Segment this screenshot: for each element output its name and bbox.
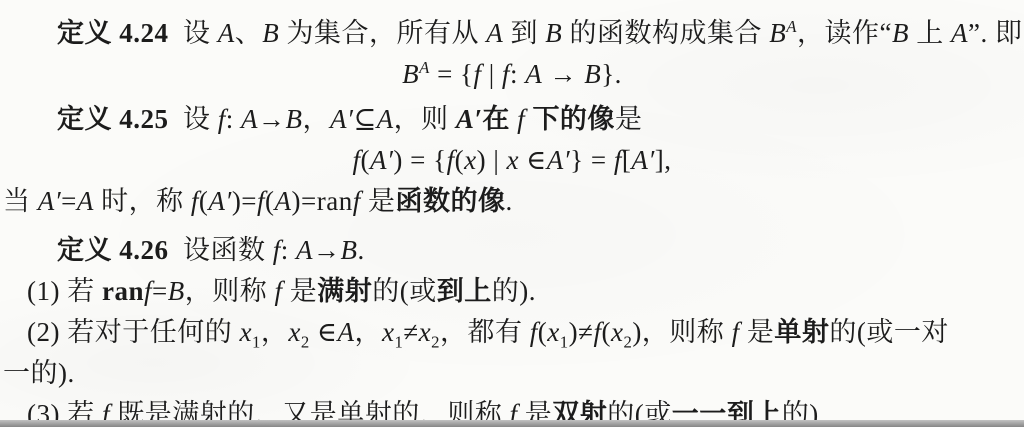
text-run-b: 在 [482, 104, 517, 134]
text-run-i: B [584, 59, 601, 89]
text-run: )≠ [569, 317, 594, 347]
text-run-sub: 1 [394, 332, 403, 351]
text-run-i: f [447, 145, 455, 175]
text-run-b: 满射 [317, 276, 372, 306]
text-run-i: A [77, 186, 94, 216]
text-run-i: A′ [631, 145, 654, 175]
text-run-i: x [419, 317, 431, 347]
text-run-i-sup: A [419, 58, 430, 77]
text-run: ，则称 [185, 276, 275, 306]
text-run: = { [430, 59, 474, 89]
text-run: ) | [477, 145, 507, 175]
text-run: )= [232, 186, 257, 216]
text-run: 到 [503, 18, 545, 48]
text-run: [ [622, 145, 632, 175]
text-run: ( [455, 145, 465, 175]
text-run: 的(或 [372, 276, 437, 306]
text-run: )=ran [292, 186, 353, 216]
text-run: 时，称 [94, 186, 191, 216]
text-run: ( [265, 186, 275, 216]
definition-4-24-line: 定义 4.24 设 A、B 为集合，所有从 A 到 B 的函数构成集合 BA，读… [0, 13, 1024, 54]
text-run-i: x [288, 317, 300, 347]
item-2-injective-line: (2) 若对于任何的 x1，x2 ∈A，x1≠x2，都有 f(x1)≠f(x2)… [0, 312, 1024, 353]
text-run-i: A [241, 104, 258, 134]
text-run-i: f [474, 59, 482, 89]
text-run-i: A′ [547, 145, 570, 175]
text-run-i: B [262, 18, 279, 48]
text-run-b: 函数的像 [396, 186, 506, 216]
scanned-textbook-page: 定义 4.24 设 A、B 为集合，所有从 A 到 B 的函数构成集合 BA，读… [0, 0, 1024, 427]
text-run-i: B [545, 18, 562, 48]
text-run: ) = { [393, 145, 446, 175]
text-run-sub: 2 [301, 332, 310, 351]
text-run-i: f [218, 104, 226, 134]
text-run-i: f [144, 276, 152, 306]
text-run-i: f [517, 104, 525, 134]
text-run: : [226, 104, 241, 134]
text-run-i: x [464, 145, 476, 175]
text-run: ( [538, 317, 548, 347]
text-run-i: f [530, 317, 538, 347]
text-run-i: A′ [38, 186, 61, 216]
text-run: → [313, 235, 341, 265]
text-run: ( [199, 186, 209, 216]
text-run-i: x [239, 317, 251, 347]
text-run-i-sup: A [786, 17, 797, 36]
text-run-i: A [296, 235, 313, 265]
formula-4-25: f(A′) = {f(x) | x ∈A′} = f[A′], [0, 140, 1024, 181]
text-run: ，则 [394, 104, 456, 134]
text-run: ， [354, 317, 382, 347]
text-run: 是 [615, 104, 643, 134]
text-run: ， [303, 104, 331, 134]
text-run-i: A [486, 18, 503, 48]
text-run: 上 [909, 18, 951, 48]
image-of-function-line: 当 A′=A 时，称 f(A′)=f(A)=ranf 是函数的像. [0, 181, 1024, 222]
text-run: 为集合，所有从 [279, 18, 486, 48]
text-run: (1) 若 [27, 276, 102, 306]
text-run-sub: 1 [560, 332, 569, 351]
definition-4-26-line: 定义 4.26 设函数 f: A→B. [0, 230, 1024, 271]
text-run-i: f [502, 59, 510, 89]
text-run: → [542, 59, 584, 89]
text-run-i: B [769, 18, 786, 48]
text-run: 设 [169, 104, 218, 134]
text-run-bi: A′ [456, 104, 483, 134]
text-run: 当 [3, 186, 38, 216]
text-run-i: x [611, 317, 623, 347]
text-run-i: A′ [208, 186, 231, 216]
text-run: ，都有 [440, 317, 530, 347]
text-run-i: f [614, 145, 622, 175]
text-run-i: A [337, 317, 354, 347]
text-run: | [482, 59, 502, 89]
text-run-b: 单射 [774, 317, 829, 347]
text-run-b: 到上 [437, 276, 492, 306]
text-run-b: 定义 4.24 [57, 18, 169, 48]
text-run: 的). [492, 276, 536, 306]
item-2-continuation-line: 一的). [0, 353, 1024, 394]
text-run: = [61, 186, 77, 216]
item-1-surjective-line: (1) 若 ranf=B，则称 f 是满射的(或到上的). [0, 271, 1024, 312]
text-run-i: x [507, 145, 519, 175]
text-run-i: B [892, 18, 909, 48]
text-run: : [281, 235, 296, 265]
text-run: ( [601, 317, 611, 347]
text-run: ⊆ [353, 104, 376, 134]
text-run-i: x [382, 317, 394, 347]
text-run-i: A [377, 104, 394, 134]
text-run-b: 定义 4.26 [57, 235, 169, 265]
text-run-sub: 2 [431, 332, 440, 351]
text-run-i: A [218, 18, 235, 48]
text-run-i: B [286, 104, 303, 134]
text-run-b: 定义 4.25 [57, 104, 169, 134]
text-run: )，则称 [632, 317, 731, 347]
formula-4-24: BA = {f | f: A → B}. [0, 54, 1024, 95]
text-run: ( [361, 145, 371, 175]
text-run: 设 [169, 18, 218, 48]
text-run-i: B [341, 235, 358, 265]
text-run-i: f [191, 186, 199, 216]
text-run: (2) 若对于任何的 [27, 317, 239, 347]
text-run-i: f [273, 235, 281, 265]
text-run: 是 [740, 317, 775, 347]
text-run: . [358, 235, 365, 265]
text-run-i: f [732, 317, 740, 347]
text-run: ”. 即 [968, 18, 1022, 48]
definition-4-25-line: 定义 4.25 设 f: A→B，A′⊆A，则 A′在 f 下的像是 [0, 99, 1024, 140]
text-run-i: A [275, 186, 292, 216]
scan-edge-artifact [0, 420, 1024, 427]
text-run: 的函数构成集合 [562, 18, 769, 48]
text-run: ], [655, 145, 672, 175]
text-run: ∈ [519, 145, 547, 175]
text-run: ≠ [403, 317, 418, 347]
text-run-sub: 2 [623, 332, 632, 351]
text-run: : [510, 59, 525, 89]
text-run-b: 下的像 [525, 104, 615, 134]
text-run: 是 [361, 186, 396, 216]
text-run: ∈ [310, 317, 338, 347]
text-run: 一的). [3, 358, 75, 388]
text-run-i: x [547, 317, 559, 347]
text-run-i: f [353, 186, 361, 216]
document-content: 定义 4.24 设 A、B 为集合，所有从 A 到 B 的函数构成集合 BA，读… [0, 13, 1024, 427]
text-run-i: f [257, 186, 265, 216]
text-run-i: A [951, 18, 968, 48]
text-run-i: A′ [330, 104, 353, 134]
text-run: 、 [235, 18, 263, 48]
text-run-i: B [402, 59, 419, 89]
text-run-i: f [274, 276, 282, 306]
text-run: ， [261, 317, 289, 347]
text-run-b: ran [102, 276, 144, 306]
text-run: }. [601, 59, 622, 89]
text-run: = [152, 276, 168, 306]
text-run: → [258, 104, 286, 134]
text-run: 的(或一对 [829, 317, 949, 347]
text-run-i: B [168, 276, 185, 306]
text-run: ，读作“ [797, 18, 892, 48]
text-run: } = [570, 145, 614, 175]
text-run-i: f [352, 145, 360, 175]
text-run-sub: 1 [252, 332, 261, 351]
text-run: . [506, 186, 513, 216]
text-run-i: A′ [370, 145, 393, 175]
text-run-i: A [525, 59, 542, 89]
text-run: 设函数 [169, 235, 273, 265]
text-run: 是 [283, 276, 318, 306]
